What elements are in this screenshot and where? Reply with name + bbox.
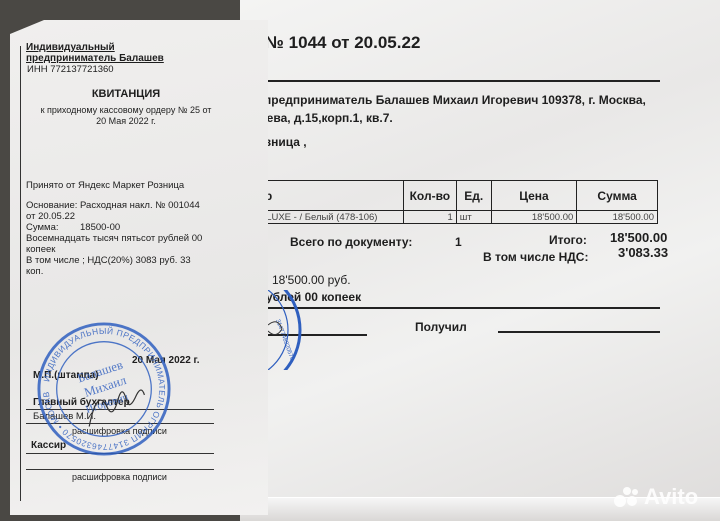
- receipt-subtitle: к приходному кассовому ордеру № 25 от 20…: [10, 105, 242, 127]
- avito-text: Avito: [644, 484, 698, 510]
- col-item: вар: [250, 181, 403, 211]
- chief-accountant-label: Главный бухгалтер: [33, 397, 130, 408]
- cashier-sign-line: [26, 453, 214, 454]
- avito-watermark: Avito: [614, 484, 698, 510]
- receipt-sheet: Индивидуальный предприниматель Балашев И…: [10, 20, 268, 515]
- col-price: Цена: [491, 181, 577, 211]
- sum-words-line-1: Восемнадцать тысяч пятьсот рублей 00: [26, 233, 202, 244]
- chief-sign-line: [26, 409, 214, 410]
- released-sign-line: [262, 334, 367, 336]
- nds-label: В том числе НДС:: [483, 250, 588, 264]
- col-sum: Сумма: [577, 181, 658, 211]
- signature-caption-2: расшифровка подписи: [72, 472, 167, 482]
- stamp-label: М.П.(штампа): [33, 370, 99, 381]
- cashier-label: Кассир: [31, 440, 66, 451]
- sum-value: 18500-00: [80, 222, 120, 233]
- org-line-1: Индивидуальный: [26, 42, 115, 53]
- items-table: вар Кол-во Ед. Цена Сумма DELUXE - / Бел…: [250, 180, 658, 224]
- col-unit: Ед.: [456, 181, 491, 211]
- table-header-row: вар Кол-во Ед. Цена Сумма: [250, 181, 658, 211]
- itogo-value: 18'500.00: [610, 230, 667, 245]
- cell-unit: шт: [456, 211, 491, 224]
- cell-sum: 18'500.00: [577, 211, 658, 224]
- table-row: DELUXE - / Белый (478-106) 1 шт 18'500.0…: [250, 211, 658, 224]
- basis-line-1: Основание: Расходная накл. № 001044: [26, 200, 200, 211]
- vat-line-1: В том числе ; НДС(20%) 3083 руб. 33: [26, 255, 191, 266]
- subtitle-line-1: к приходному кассовому ордеру № 25 от: [10, 105, 242, 116]
- inn: ИНН 772137721360: [27, 64, 114, 75]
- subtitle-line-2: 20 Мая 2022 г.: [10, 116, 242, 127]
- received-label: Получил: [415, 320, 467, 334]
- received-sign-line: [498, 331, 660, 333]
- cashier-name-line: [26, 469, 214, 470]
- signature-caption: расшифровка подписи: [72, 426, 167, 436]
- total-doc-label: Всего по документу:: [290, 235, 412, 249]
- sum-words-line-2: копеек: [26, 244, 55, 255]
- org-line-2: предприниматель Балашев: [26, 53, 164, 64]
- basis-line-2: от 20.05.22: [26, 211, 75, 222]
- sum-text: 18'500.00 руб.: [272, 273, 351, 287]
- cell-qty: 1: [403, 211, 456, 224]
- total-doc-value: 1: [455, 235, 462, 249]
- received-from: Принято от Яндекс Маркет Розница: [26, 180, 184, 191]
- chief-name-line: [26, 423, 214, 424]
- invoice-sheet: № 1044 от 20.05.22 предприниматель Балаш…: [240, 0, 720, 521]
- receipt-title: КВИТАНЦИЯ: [10, 88, 242, 100]
- vat-line-2: коп.: [26, 266, 43, 277]
- sum-words: ублей 00 копеек: [266, 290, 361, 304]
- header-rule: [250, 80, 660, 82]
- sum-label: Сумма:: [26, 222, 59, 233]
- col-qty: Кол-во: [403, 181, 456, 211]
- invoice-title: № 1044 от 20.05.22: [265, 33, 420, 53]
- sum-rule: [258, 307, 660, 309]
- receipt-date: 20 Мая 2022 г.: [132, 355, 200, 366]
- itogo-label: Итого:: [549, 233, 587, 247]
- nds-value: 3'083.33: [618, 245, 668, 260]
- cell-item: DELUXE - / Белый (478-106): [250, 211, 403, 224]
- supplier-line-2: аева, д.15,корп.1, кв.7.: [260, 111, 393, 125]
- avito-logo-icon: [614, 486, 640, 508]
- supplier-line-1: предприниматель Балашев Михаил Игоревич …: [264, 93, 646, 107]
- chief-name: Балашев М.И.: [33, 411, 96, 422]
- cell-price: 18'500.00: [491, 211, 577, 224]
